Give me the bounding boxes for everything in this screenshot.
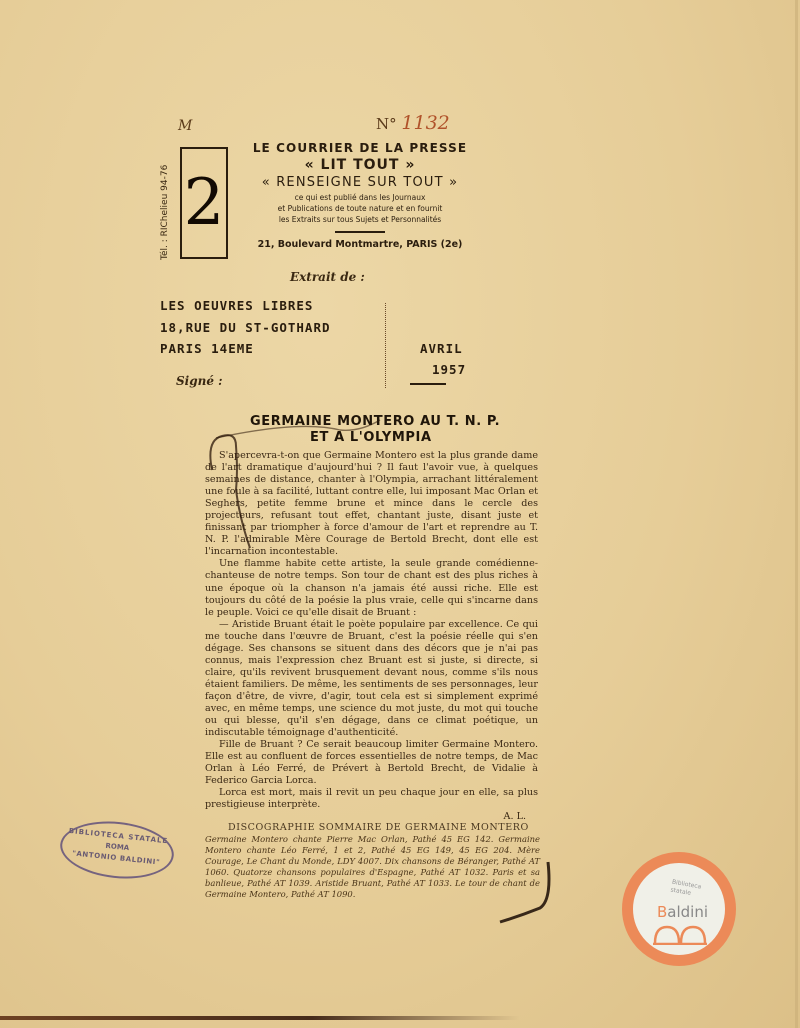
letterhead-slogan-1: « LIT TOUT » [246, 157, 474, 173]
baldini-logo: Biblioteca statale Baldini [622, 852, 736, 966]
phone-label: Tél. : RIChelieu 94-76 [160, 140, 174, 260]
article-paragraph: S'apercevra-t-on que Germaine Montero es… [205, 450, 538, 558]
description-line: les Extraits sur tous Sujets et Personna… [246, 214, 474, 225]
handwritten-number: 1132 [401, 112, 449, 134]
page-edge [795, 0, 798, 1028]
date-year: 1957 [432, 362, 466, 377]
source-line-1: LES OEUVRES LIBRES [160, 298, 313, 313]
clipping-number: N° 1132 [376, 112, 450, 134]
source-line-2: 18,RUE DU ST-GOTHARD [160, 320, 331, 335]
dotted-separator [385, 303, 387, 388]
book-icon [653, 923, 707, 945]
letterhead-address: 21, Boulevard Montmartre, PARIS (2e) [246, 239, 474, 250]
letterhead: LE COURRIER DE LA PRESSE « LIT TOUT » « … [246, 141, 474, 250]
logo-name: Baldini [657, 903, 708, 921]
article-title: GERMAINE MONTERO AU T. N. P. [250, 414, 500, 429]
description-line: ce qui est publié dans les Journaux [246, 192, 474, 203]
article-paragraph: Fille de Bruant ? Ce serait beaucoup lim… [205, 739, 538, 787]
discography-title: DISCOGRAPHIE SOMMAIRE DE GERMAINE MONTER… [228, 822, 529, 833]
description-line: et Publications de toute nature et en fo… [246, 203, 474, 214]
page-edge-shadow [0, 1016, 520, 1020]
extract-label: Extrait de : [290, 270, 365, 284]
article-body: S'apercevra-t-on que Germaine Montero es… [205, 450, 538, 823]
library-stamp: BIBLIOTECA STATALE ROMA "ANTONIO BALDINI… [57, 816, 176, 884]
divider [335, 231, 385, 233]
logo-small-text: Biblioteca statale [670, 879, 702, 900]
signed-label: Signé : [176, 374, 223, 388]
signature-dash [410, 383, 446, 385]
letterhead-description: ce qui est publié dans les Journaux et P… [246, 192, 474, 225]
article-paragraph: Une flamme habite cette artiste, la seul… [205, 558, 538, 618]
logo-name-rest: aldini [667, 903, 708, 921]
letterhead-title: LE COURRIER DE LA PRESSE [246, 141, 474, 155]
discography-list: Germaine Montero chante Pierre Mac Orlan… [205, 834, 540, 900]
article-paragraph: Lorca est mort, mais il revit un peu cha… [205, 787, 538, 811]
phone-text: Tél. : RIChelieu 94-76 [160, 165, 170, 260]
article-paragraph: — Aristide Bruant était le poète populai… [205, 619, 538, 739]
corner-mark: M [178, 118, 192, 134]
number-prefix: N° [376, 115, 397, 133]
edition-number: 2 [182, 149, 226, 257]
article-subtitle: ET A L'OLYMPIA [310, 430, 432, 445]
letterhead-slogan-2: « RENSEIGNE SUR TOUT » [246, 175, 474, 190]
edition-box: 2 [180, 147, 228, 259]
date-month: AVRIL [420, 341, 463, 356]
source-line-3: PARIS 14EME [160, 341, 254, 356]
